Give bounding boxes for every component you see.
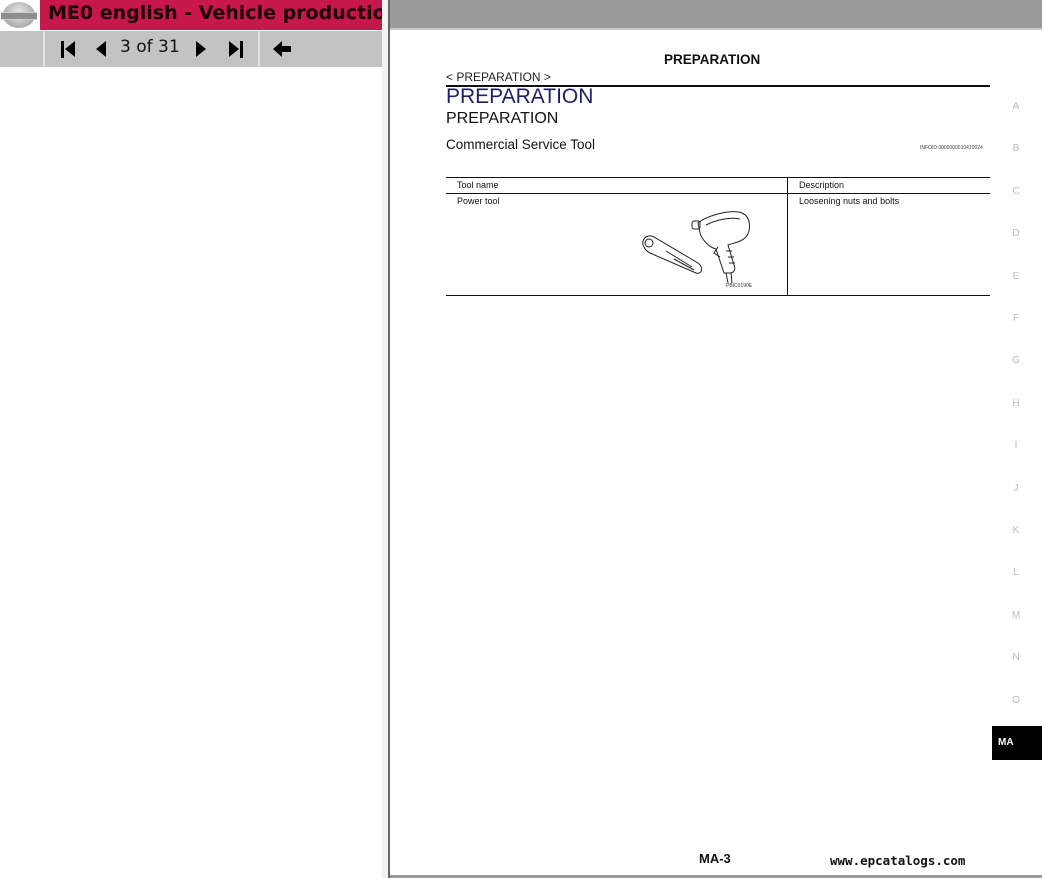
alpha-index-f[interactable]: F xyxy=(1004,313,1028,324)
first-page-button[interactable] xyxy=(58,38,78,60)
alpha-index-j[interactable]: J xyxy=(1004,483,1028,494)
last-page-icon xyxy=(229,41,243,58)
alpha-index-e[interactable]: E xyxy=(1004,271,1028,282)
table-header-rule xyxy=(446,193,990,194)
column-header-description: Description xyxy=(799,180,844,190)
column-header-tool-name: Tool name xyxy=(457,180,499,190)
watermark: www.epcatalogs.com xyxy=(830,853,965,868)
alpha-index-h[interactable]: H xyxy=(1004,398,1028,409)
previous-page-button[interactable] xyxy=(94,38,108,60)
first-page-icon xyxy=(61,41,75,58)
page-number: MA-3 xyxy=(699,851,731,866)
logo-box xyxy=(0,0,38,30)
document-title: ME0 english - Vehicle production xyxy=(48,2,382,24)
alpha-index-n[interactable]: N xyxy=(1004,652,1028,663)
alpha-index-b[interactable]: B xyxy=(1004,143,1028,154)
alpha-index-k[interactable]: K xyxy=(1004,525,1028,536)
title-bar: ME0 english - Vehicle production xyxy=(40,0,382,30)
document-page: PREPARATION < PREPARATION > PREPARATION … xyxy=(390,0,1042,878)
alpha-index-a[interactable]: A xyxy=(1004,101,1028,112)
page-title: PREPARATION xyxy=(446,85,593,109)
section-title: Commercial Service Tool xyxy=(446,137,595,152)
alpha-index-c[interactable]: C xyxy=(1004,186,1028,197)
document-top-bar xyxy=(390,0,1042,30)
table-top-rule xyxy=(446,177,990,178)
cell-tool-name: Power tool xyxy=(457,196,500,206)
page-subtitle: PREPARATION xyxy=(446,110,558,128)
back-button[interactable] xyxy=(272,39,292,59)
previous-page-icon xyxy=(96,41,106,57)
cell-description: Loosening nuts and bolts xyxy=(799,196,899,206)
image-caption: PBIC0190E xyxy=(726,283,752,289)
last-page-button[interactable] xyxy=(226,38,246,60)
alpha-index-d[interactable]: D xyxy=(1004,228,1028,239)
nav-spacer xyxy=(0,31,45,67)
alpha-index-o[interactable]: O xyxy=(1004,695,1028,706)
nissan-logo-icon xyxy=(3,2,35,28)
viewer-pane: ME0 english - Vehicle production 3 of 31 xyxy=(0,0,382,878)
page-header: PREPARATION xyxy=(664,52,760,67)
alpha-index-g[interactable]: G xyxy=(1004,355,1028,366)
page-navigation-bar: 3 of 31 xyxy=(0,31,382,67)
info-id: INFOID:0000000010410024 xyxy=(920,145,983,151)
alpha-index-l[interactable]: L xyxy=(1004,567,1028,578)
alpha-index-i[interactable]: I xyxy=(1004,440,1028,451)
back-arrow-icon xyxy=(272,39,292,59)
service-tool-table: Tool name Description Power tool Looseni… xyxy=(446,177,990,296)
breadcrumb: < PREPARATION > xyxy=(446,70,551,84)
next-page-icon xyxy=(196,41,206,57)
alpha-index-active-ma[interactable]: MA xyxy=(992,726,1042,760)
next-page-button[interactable] xyxy=(194,38,208,60)
power-tool-illustration-icon xyxy=(636,207,766,293)
page-indicator: 3 of 31 xyxy=(120,37,180,57)
table-bottom-rule xyxy=(446,295,990,296)
table-column-divider xyxy=(787,177,788,296)
nav-separator xyxy=(258,31,260,67)
alpha-index-m[interactable]: M xyxy=(1004,610,1028,621)
